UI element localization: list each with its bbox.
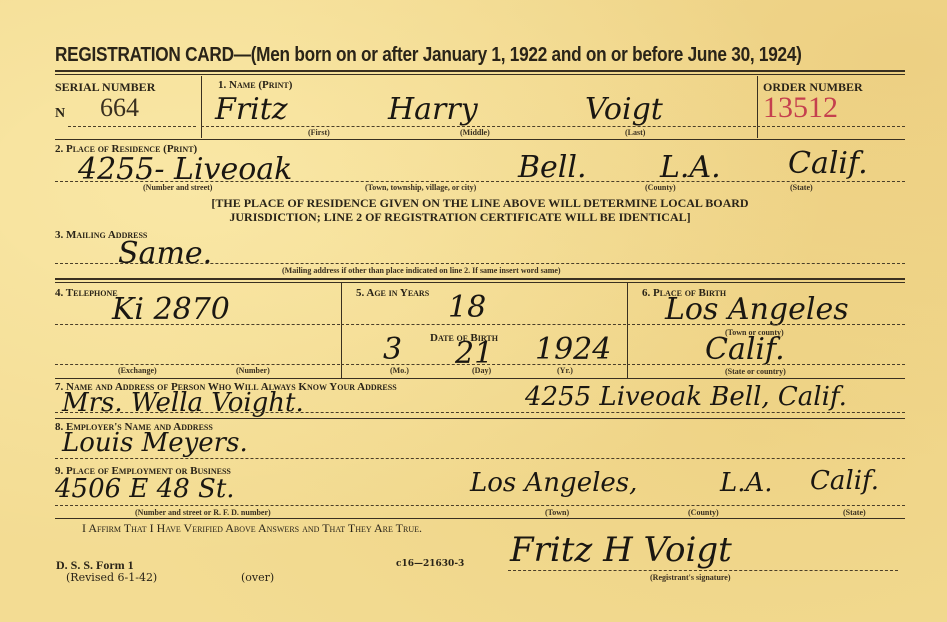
dob-year-caption: (Yr.) bbox=[557, 366, 573, 375]
row7-rule bbox=[55, 418, 905, 419]
print-code: c16—21630-3 bbox=[396, 559, 464, 569]
residence-street-caption: (Number and street) bbox=[143, 183, 212, 192]
age-label: 5. Age in Years bbox=[356, 287, 429, 299]
signature-line bbox=[508, 570, 898, 571]
dob-underline bbox=[341, 364, 626, 365]
name-middle: Harry bbox=[388, 92, 478, 127]
name-last: Voigt bbox=[585, 92, 663, 127]
telephone-value: Ki 2870 bbox=[112, 292, 230, 327]
name-label: 1. Name (Print) bbox=[218, 79, 292, 91]
dob-month: 3 bbox=[383, 332, 402, 367]
residence-town-caption: (Town, township, village, or city) bbox=[365, 183, 476, 192]
mailing-hint: (Mailing address if other than place ind… bbox=[282, 266, 561, 275]
name-first: Fritz bbox=[215, 92, 288, 127]
contact-name: Mrs. Wella Voight. bbox=[62, 388, 304, 418]
title-rule-2 bbox=[55, 74, 905, 75]
telephone-label: 4. Telephone bbox=[55, 287, 118, 299]
residence-county-caption: (County) bbox=[645, 183, 676, 192]
order-divider bbox=[757, 76, 758, 138]
employment-underline bbox=[55, 505, 905, 506]
dob-year: 1924 bbox=[535, 332, 611, 367]
residence-county: L.A. bbox=[660, 150, 721, 185]
name-last-caption: (Last) bbox=[625, 128, 645, 137]
birthplace-state: Calif. bbox=[705, 332, 785, 367]
form-revised: (Revised 6-1-42) bbox=[66, 571, 157, 584]
signature-caption: (Registrant's signature) bbox=[650, 573, 731, 582]
age-underline bbox=[341, 324, 626, 325]
employment-street: 4506 E 48 St. bbox=[55, 474, 235, 504]
mailing-value: Same. bbox=[118, 236, 212, 271]
row3-rule-2 bbox=[55, 282, 905, 283]
contact-underline bbox=[55, 412, 905, 413]
name-middle-caption: (Middle) bbox=[460, 128, 490, 137]
serial-underline bbox=[68, 126, 196, 127]
contact-address: 4255 Liveoak Bell, Calif. bbox=[525, 382, 847, 412]
employer-value: Louis Meyers. bbox=[62, 428, 248, 458]
birthplace-underline bbox=[627, 324, 905, 325]
employer-underline bbox=[55, 458, 905, 459]
birthplace-state-caption: (State or country) bbox=[725, 367, 786, 376]
residence-state-caption: (State) bbox=[790, 183, 813, 192]
dob-day-caption: (Day) bbox=[472, 366, 491, 375]
telephone-number-caption: (Number) bbox=[236, 366, 270, 375]
serial-divider bbox=[201, 76, 202, 138]
order-number: 13512 bbox=[763, 91, 838, 125]
title-rule bbox=[55, 70, 905, 72]
telephone-underline-2 bbox=[55, 364, 340, 365]
residence-state: Calif. bbox=[788, 146, 868, 181]
telephone-underline bbox=[55, 324, 340, 325]
employment-street-caption: (Number and street or R. F. D. number) bbox=[135, 508, 271, 517]
serial-prefix: N bbox=[55, 106, 65, 122]
residence-notice-2: JURISDICTION; LINE 2 OF REGISTRATION CER… bbox=[100, 210, 820, 224]
name-first-caption: (First) bbox=[308, 128, 330, 137]
employment-town: Los Angeles, bbox=[470, 468, 637, 498]
order-underline bbox=[757, 126, 905, 127]
employment-county-caption: (County) bbox=[688, 508, 719, 517]
residence-notice-1: [THE PLACE OF RESIDENCE GIVEN ON THE LIN… bbox=[100, 196, 860, 210]
row4-rule bbox=[55, 378, 905, 379]
age-value: 18 bbox=[448, 290, 486, 325]
employment-county: L.A. bbox=[720, 468, 773, 498]
registrant-signature: Fritz H Voigt bbox=[510, 530, 732, 570]
over-note: (over) bbox=[241, 571, 274, 584]
card-title: REGISTRATION CARD—(Men born on or after … bbox=[55, 44, 802, 67]
mailing-underline bbox=[55, 263, 905, 264]
birthplace-underline-2 bbox=[627, 364, 905, 365]
row1-rule bbox=[55, 139, 905, 140]
telephone-exchange-caption: (Exchange) bbox=[118, 366, 157, 375]
dob-month-caption: (Mo.) bbox=[390, 366, 409, 375]
row9-rule bbox=[55, 518, 905, 519]
row3-rule bbox=[55, 278, 905, 280]
serial-number: 664 bbox=[100, 93, 139, 123]
employment-state: Calif. bbox=[810, 466, 879, 496]
residence-underline bbox=[55, 181, 905, 182]
residence-town: Bell. bbox=[518, 150, 587, 185]
employment-state-caption: (State) bbox=[843, 508, 866, 517]
employment-town-caption: (Town) bbox=[545, 508, 569, 517]
affirm-text: I Affirm That I Have Verified Above Answ… bbox=[82, 521, 422, 536]
birthplace-town: Los Angeles bbox=[665, 292, 849, 327]
name-underline bbox=[201, 126, 756, 127]
